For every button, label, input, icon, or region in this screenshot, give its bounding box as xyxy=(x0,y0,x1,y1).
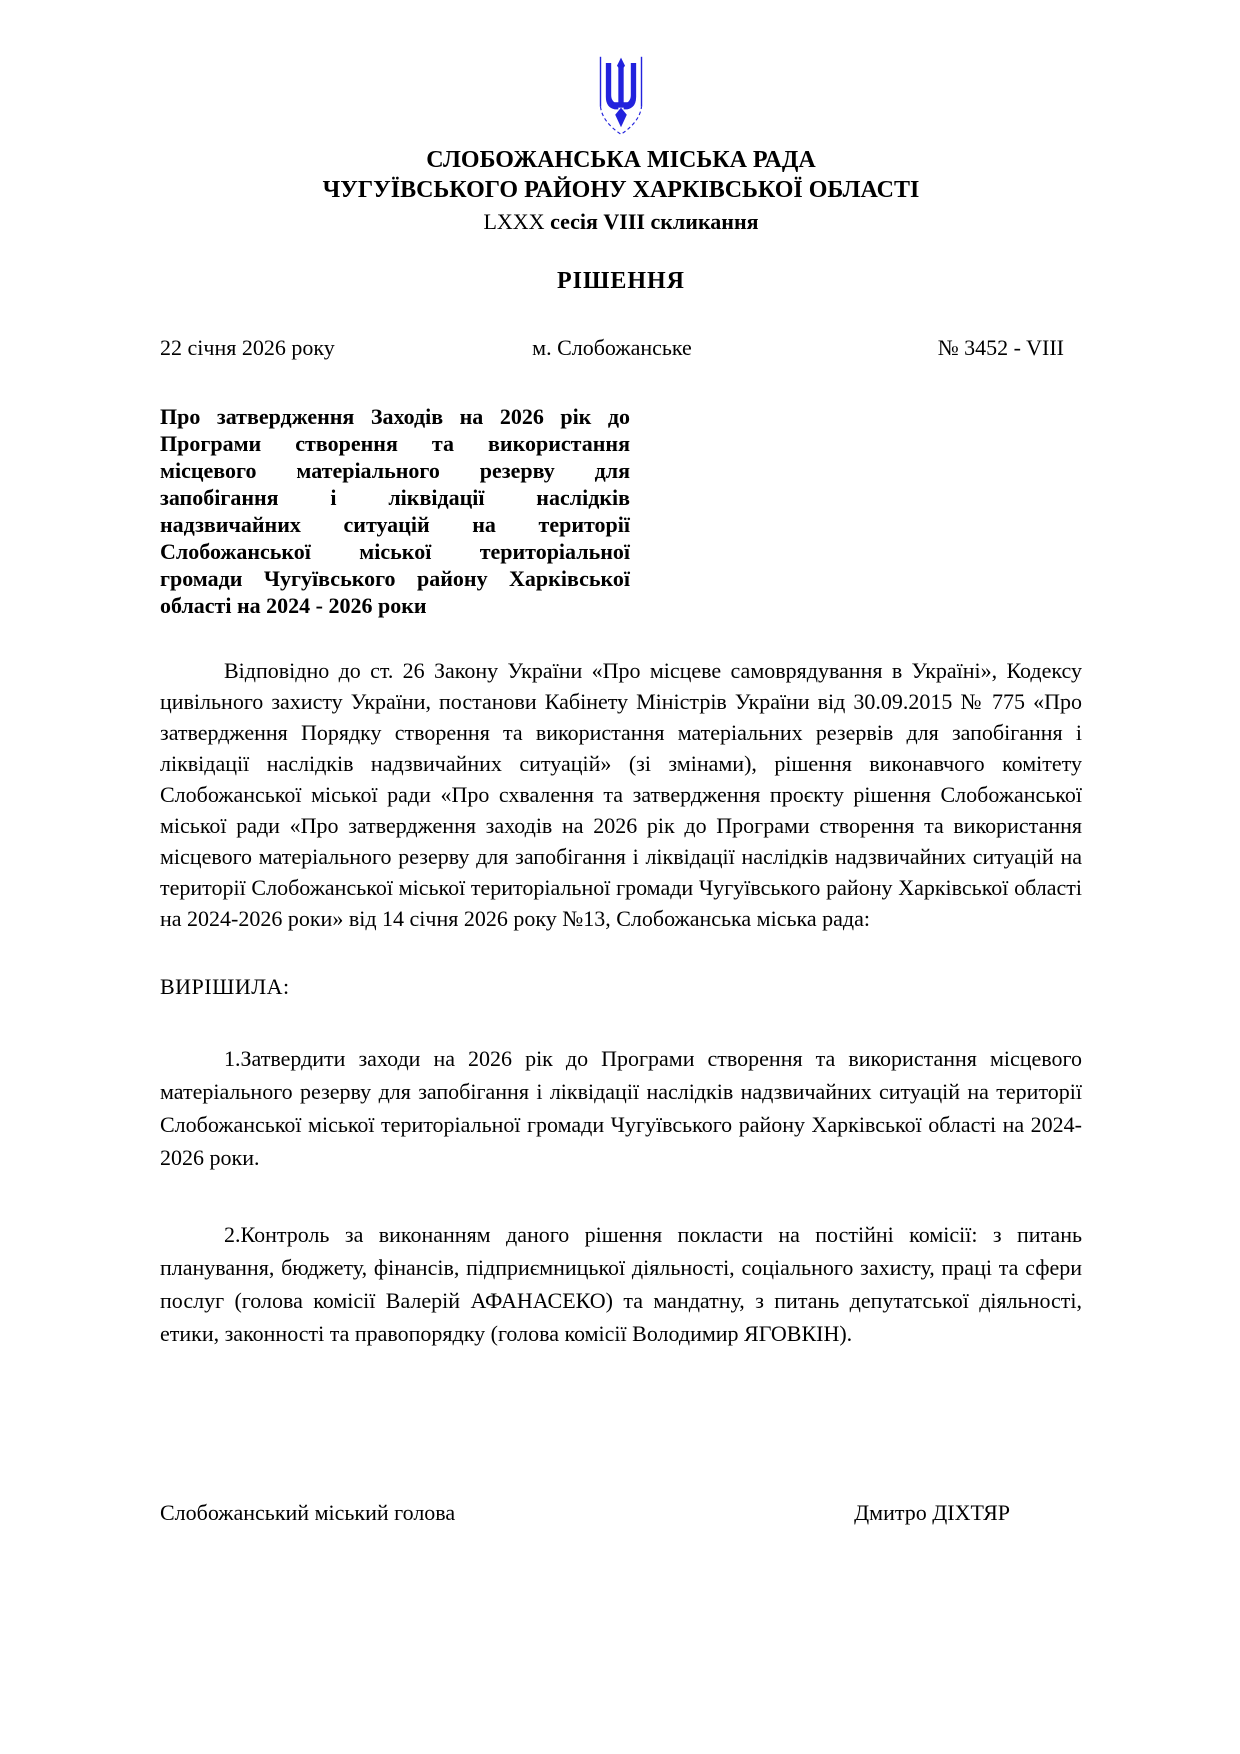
document-page: СЛОБОЖАНСЬКА МІСЬКА РАДА ЧУГУЇВСЬКОГО РА… xyxy=(0,0,1240,1754)
signature-title: Слобожанський міський голова xyxy=(160,1500,455,1526)
council-name-line1: СЛОБОЖАНСЬКА МІСЬКА РАДА xyxy=(160,145,1082,175)
session-numeral: LXXX xyxy=(483,209,544,234)
subject-paragraph: Про затвердження Заходів на 2026 рік до … xyxy=(160,403,630,619)
document-place: м. Слобожанське xyxy=(461,335,762,361)
session-text: сесія VIII скликання xyxy=(545,209,759,234)
decision-item-2: 2.Контроль за виконанням даного рішення … xyxy=(160,1218,1082,1350)
session-line: LXXX сесія VIII скликання xyxy=(160,208,1082,236)
emblem-container xyxy=(160,55,1082,137)
preamble-paragraph: Відповідно до ст. 26 Закону України «Про… xyxy=(160,655,1082,934)
council-name-line2: ЧУГУЇВСЬКОГО РАЙОНУ ХАРКІВСЬКОЇ ОБЛАСТІ xyxy=(160,175,1082,205)
tryzub-emblem-icon xyxy=(593,55,649,137)
meta-row: 22 січня 2026 року м. Слобожанське № 345… xyxy=(160,335,1082,361)
document-date: 22 січня 2026 року xyxy=(160,335,461,361)
resolved-label: ВИРІШИЛА: xyxy=(160,974,1082,1000)
signature-name: Дмитро ДІХТЯР xyxy=(854,1500,1010,1526)
document-number: № 3452 - VIII xyxy=(763,335,1082,361)
signature-row: Слобожанський міський голова Дмитро ДІХТ… xyxy=(160,1500,1082,1526)
document-type-title: РІШЕННЯ xyxy=(160,268,1082,295)
decision-item-1: 1.Затвердити заходи на 2026 рік до Прогр… xyxy=(160,1042,1082,1174)
